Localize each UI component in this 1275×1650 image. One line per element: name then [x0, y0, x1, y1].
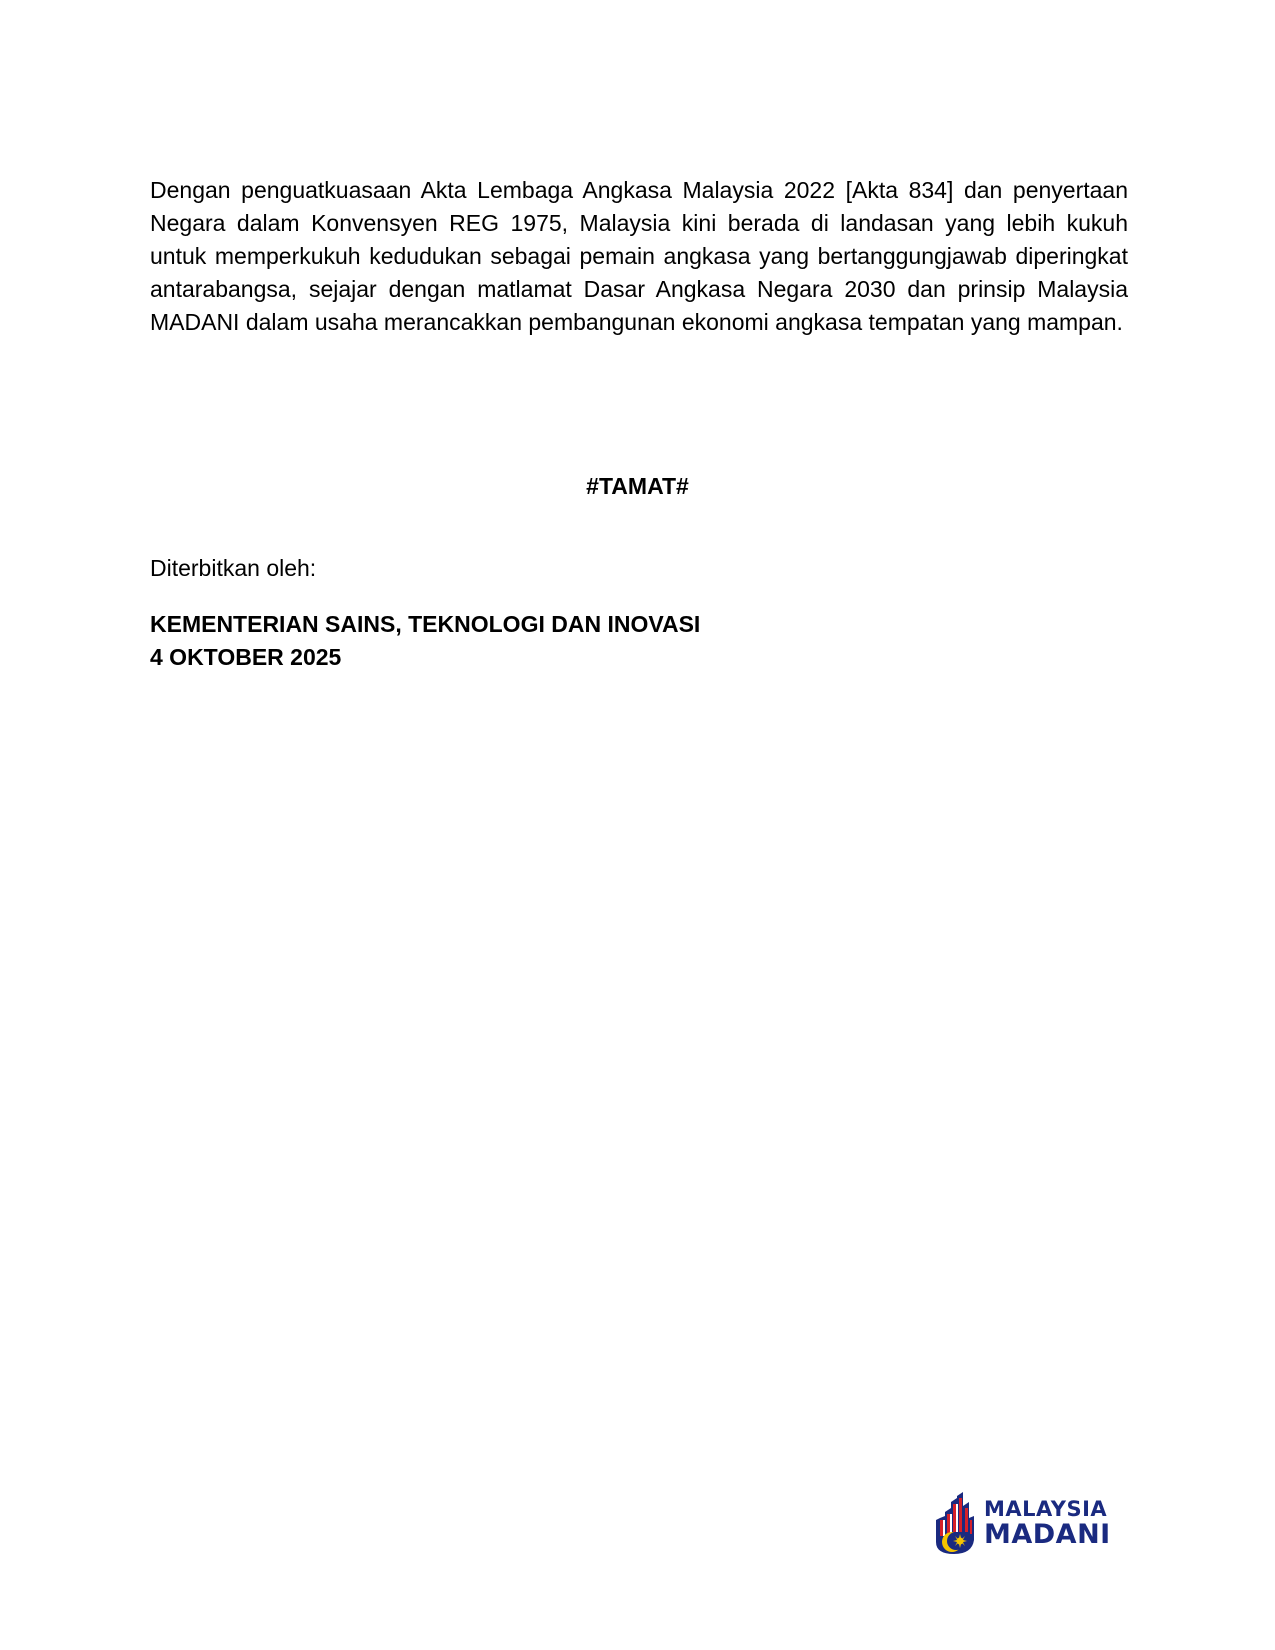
logo-line-2: MADANI — [984, 1521, 1111, 1548]
end-mark: #TAMAT# — [0, 471, 1275, 501]
logo-line-1: MALAYSIA — [984, 1499, 1111, 1520]
publish-date: 4 OKTOBER 2025 — [150, 641, 700, 674]
published-by-label: Diterbitkan oleh: — [150, 553, 316, 583]
logo-wordmark: MALAYSIA MADANI — [984, 1499, 1111, 1548]
malaysia-madani-logo: MALAYSIA MADANI — [932, 1490, 1132, 1556]
malaysia-madani-hand-emblem-icon — [932, 1490, 980, 1556]
document-page: Dengan penguatkuasaan Akta Lembaga Angka… — [0, 0, 1275, 1650]
publisher-block: KEMENTERIAN SAINS, TEKNOLOGI DAN INOVASI… — [150, 608, 700, 674]
publisher-name: KEMENTERIAN SAINS, TEKNOLOGI DAN INOVASI — [150, 608, 700, 641]
body-paragraph: Dengan penguatkuasaan Akta Lembaga Angka… — [150, 174, 1128, 339]
